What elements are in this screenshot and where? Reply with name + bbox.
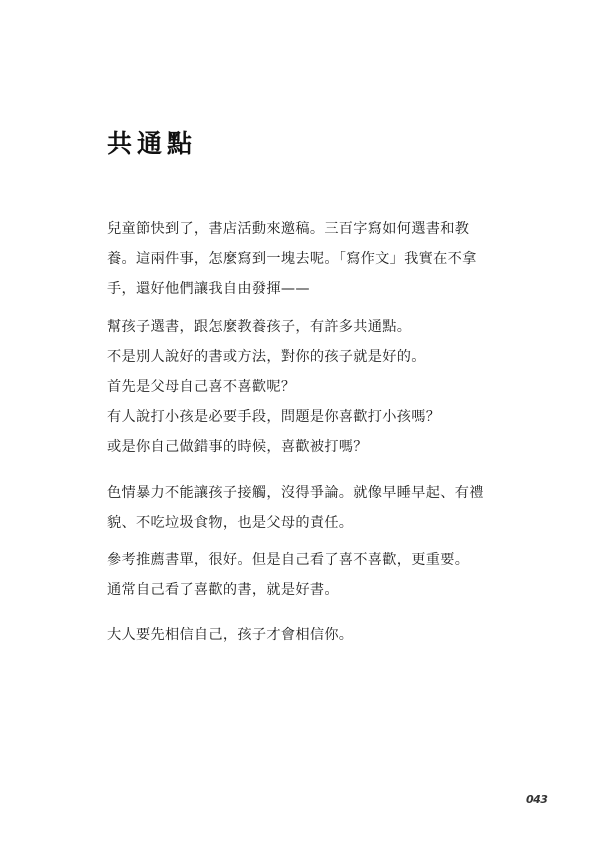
text-line: 參考推薦書單，很好。但是自己看了喜不喜歡，更重要。	[107, 545, 527, 575]
paragraph-5: 大人要先相信自己，孩子才會相信你。	[107, 620, 527, 650]
paragraph-2: 幫孩子選書，跟怎麼教養孩子，有許多共通點。 不是別人說好的書或方法，對你的孩子就…	[107, 312, 527, 462]
text-line: 幫孩子選書，跟怎麼教養孩子，有許多共通點。	[107, 312, 527, 342]
text-line: 兒童節快到了，書店活動來邀稿。三百字寫如何選書和教	[107, 214, 527, 244]
text-line: 養。這兩件事，怎麼寫到一塊去呢。「寫作文」我實在不拿	[107, 244, 527, 274]
paragraph-1: 兒童節快到了，書店活動來邀稿。三百字寫如何選書和教 養。這兩件事，怎麼寫到一塊去…	[107, 214, 527, 304]
text-line: 手，還好他們讓我自由發揮——	[107, 274, 527, 304]
text-line: 有人說打小孩是必要手段，問題是你喜歡打小孩嗎？	[107, 402, 527, 432]
text-line: 貌、不吃垃圾食物，也是父母的責任。	[107, 508, 527, 538]
page-title: 共通點	[107, 124, 197, 160]
text-line: 首先是父母自己喜不喜歡呢？	[107, 372, 527, 402]
text-line: 或是你自己做錯事的時候，喜歡被打嗎？	[107, 432, 527, 462]
page-number: 043	[526, 793, 547, 806]
paragraph-3: 色情暴力不能讓孩子接觸，沒得爭論。就像早睡早起、有禮 貌、不吃垃圾食物，也是父母…	[107, 478, 527, 538]
text-line: 色情暴力不能讓孩子接觸，沒得爭論。就像早睡早起、有禮	[107, 478, 527, 508]
text-line: 通常自己看了喜歡的書，就是好書。	[107, 575, 527, 605]
text-line: 不是別人說好的書或方法，對你的孩子就是好的。	[107, 342, 527, 372]
paragraph-4: 參考推薦書單，很好。但是自己看了喜不喜歡，更重要。 通常自己看了喜歡的書，就是好…	[107, 545, 527, 605]
text-line: 大人要先相信自己，孩子才會相信你。	[107, 620, 527, 650]
